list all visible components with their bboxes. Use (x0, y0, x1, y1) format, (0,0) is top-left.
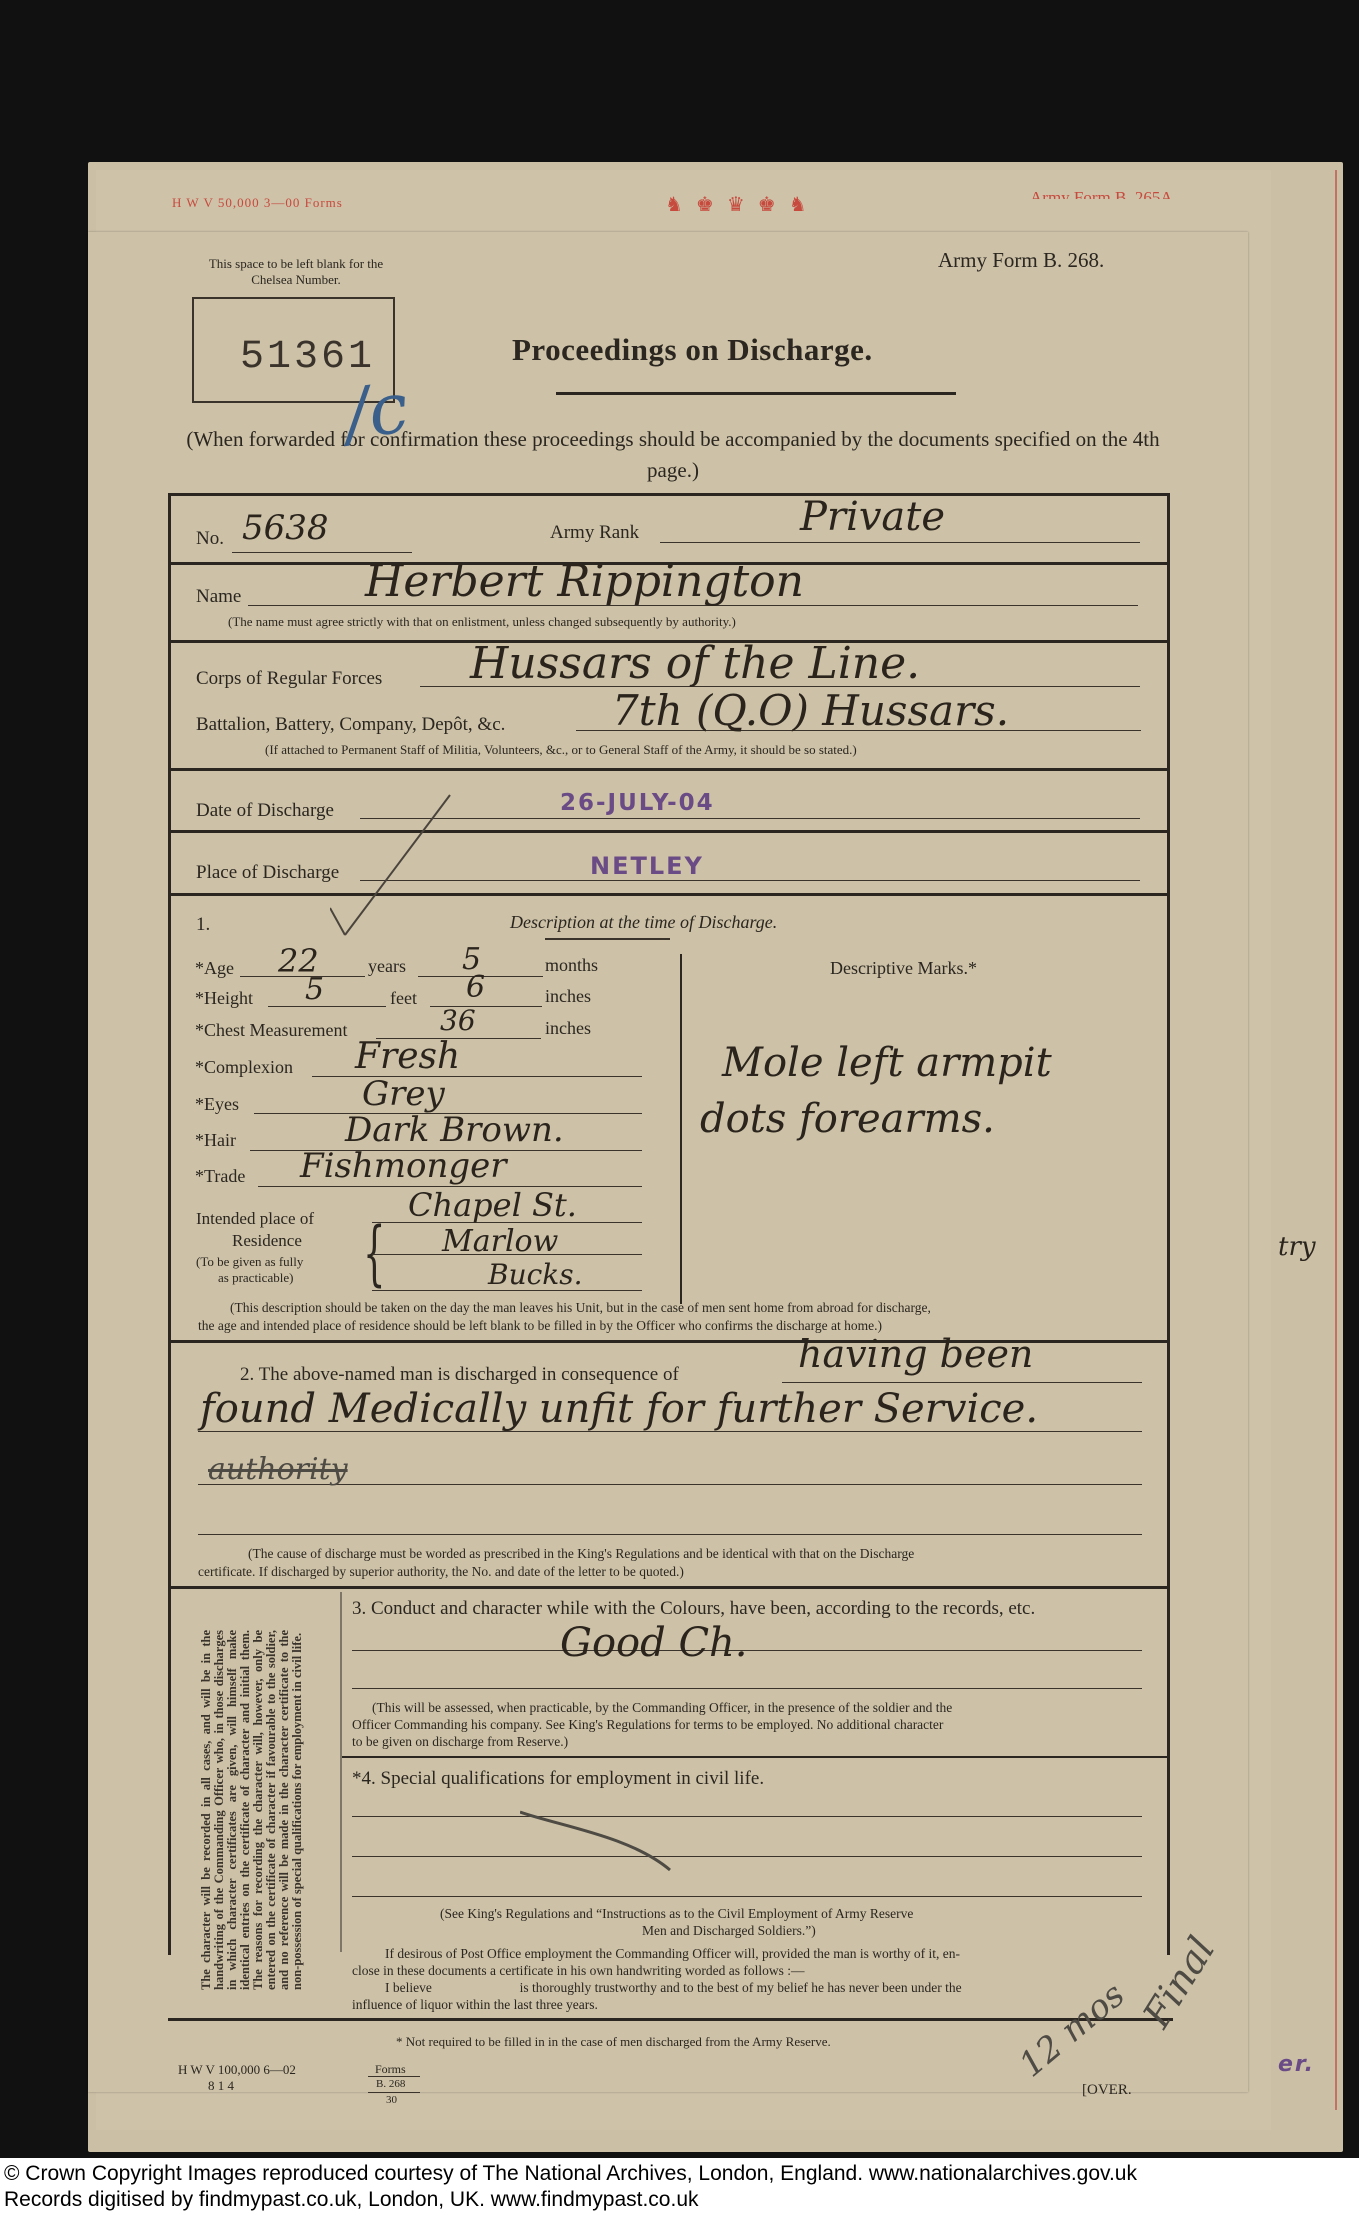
reason-note-1: (The cause of discharge must be worded a… (248, 1546, 914, 1562)
discharge-reason-label: 2. The above-named man is discharged in … (240, 1364, 679, 1386)
conduct-note-1: (This will be assessed, when practicable… (372, 1700, 952, 1716)
conduct-label: 3. Conduct and character while with the … (352, 1598, 1035, 1620)
footnote: * Not required to be filled in in the ca… (396, 2034, 831, 2050)
no-line (232, 552, 412, 553)
service-number: 5638 (242, 508, 329, 548)
reason-text-2: found Medically unfit for further Servic… (200, 1386, 1038, 1432)
column-divider (680, 954, 682, 1304)
residence-town: Marlow (442, 1224, 558, 1259)
brace-icon: { (363, 1218, 385, 1288)
rank-line (660, 542, 1140, 543)
form-qty: 30 (386, 2094, 397, 2106)
forms-rule-2 (368, 2092, 420, 2093)
place-line (360, 880, 1140, 881)
margin-fragment-try: try (1278, 1232, 1316, 1262)
battalion-note: (If attached to Permanent Staff of Milit… (265, 742, 857, 758)
character-side-note: The character will be recorded in all ca… (200, 1630, 350, 1990)
chest-label: *Chest Measurement (195, 1020, 347, 1041)
divider (170, 830, 1170, 833)
conduct-value: Good Ch. (560, 1620, 748, 1666)
trade-label: *Trade (195, 1166, 245, 1187)
corps-label: Corps of Regular Forces (196, 668, 382, 690)
height-label: *Height (195, 988, 253, 1009)
caption-line-2: Records digitised by findmypast.co.uk, L… (4, 2187, 1355, 2213)
qualifications-line-3 (352, 1896, 1142, 1897)
residence-hint: (To be given as fully (196, 1254, 303, 1270)
eyes-value: Grey (362, 1074, 445, 1114)
qualifications-line-2 (352, 1856, 1142, 1857)
form-ref: B. 268 (376, 2078, 405, 2090)
description-note-1: (This description should be taken on the… (230, 1300, 931, 1316)
height-inches-value: 6 (466, 970, 485, 1005)
name-note: (The name must agree strictly with that … (228, 614, 736, 630)
residence-label: Intended place of (196, 1209, 314, 1229)
marks-line-2: dots forearms. (700, 1096, 995, 1142)
soldier-name: Herbert Rippington (365, 556, 804, 607)
corps-value: Hussars of the Line. (470, 638, 920, 689)
conduct-note-2: Officer Commanding his company. See King… (352, 1717, 943, 1733)
see-regulations-note-2: Men and Discharged Soldiers.”) (642, 1923, 816, 1939)
discharge-date-stamp: 26-JULY-04 (560, 790, 715, 816)
hair-value: Dark Brown. (345, 1110, 564, 1150)
blue-pencil-annotation: /c (340, 366, 414, 456)
date-label: Date of Discharge (196, 800, 334, 822)
residence-county: Bucks. (488, 1258, 583, 1291)
reason-line-1 (782, 1382, 1142, 1383)
date-line (360, 818, 1140, 819)
discharge-place-stamp: NETLEY (590, 852, 704, 880)
description-heading: Description at the time of Discharge. (510, 912, 777, 933)
battalion-value: 7th (Q.O) Hussars. (612, 686, 1009, 735)
print-code-bottom: H W V 100,000 6—02 (178, 2062, 296, 2078)
battalion-label: Battalion, Battery, Company, Depôt, &c. (196, 714, 505, 736)
post-office-line-1: If desirous of Post Office employment th… (385, 1946, 960, 1962)
reason-line-4 (198, 1534, 1142, 1535)
height-feet-line (268, 1006, 386, 1007)
marks-line-1: Mole left armpit (722, 1040, 1052, 1086)
place-label: Place of Discharge (196, 862, 339, 884)
forms-label: Forms (375, 2062, 406, 2077)
qualifications-label: *4. Special qualifications for employmen… (352, 1768, 764, 1790)
reason-note-2: certificate. If discharged by superior a… (198, 1564, 684, 1580)
eyes-label: *Eyes (195, 1094, 239, 1115)
marks-heading: Descriptive Marks.* (830, 958, 977, 979)
see-regulations-note-1: (See King's Regulations and “Instruction… (440, 1906, 913, 1922)
top-print-code: H W V 50,000 3—00 Forms (172, 195, 343, 211)
pencil-strike-mark (520, 1808, 680, 1878)
no-label: No. (196, 528, 224, 550)
reason-text-1: having been (798, 1332, 1033, 1376)
divider (170, 893, 1170, 896)
post-office-line-2: close in these documents a certificate i… (352, 1963, 805, 1979)
chest-value: 36 (440, 1004, 476, 1037)
complexion-label: *Complexion (195, 1057, 293, 1078)
forms-rule (368, 2076, 420, 2077)
age-label: *Age (195, 958, 234, 979)
residence-label-2: Residence (232, 1231, 302, 1251)
reason-text-3-struck: authority (208, 1452, 348, 1487)
over-label: [OVER. (1082, 2082, 1132, 2099)
inches-label: inches (545, 986, 591, 1007)
months-label: months (545, 955, 598, 976)
divider (170, 768, 1170, 771)
residence-street: Chapel St. (408, 1186, 577, 1224)
conduct-line-2 (352, 1688, 1142, 1689)
form-number: Army Form B. 268. (938, 248, 1104, 273)
divider (342, 1756, 1170, 1758)
years-label: years (368, 956, 406, 977)
page-title: Proceedings on Discharge. (512, 332, 873, 368)
copyright-caption: © Crown Copyright Images reproduced cour… (0, 2158, 1359, 2216)
margin-fragment-er: er. (1278, 2052, 1315, 2077)
chest-inches-label: inches (545, 1018, 591, 1039)
caption-line-1: © Crown Copyright Images reproduced cour… (4, 2161, 1355, 2187)
rank-label: Army Rank (550, 522, 639, 544)
royal-crest-icon: ♞ ♚ ♛ ♚ ♞ (665, 192, 811, 217)
residence-hint-2: as practicable) (218, 1270, 293, 1286)
chelsea-note: This space to be left blank for the Chel… (196, 256, 396, 288)
divider (170, 1586, 1170, 1589)
form-bottom-rule (168, 2018, 1173, 2021)
conduct-note-3: to be given on discharge from Reserve.) (352, 1734, 568, 1750)
post-office-line-4: influence of liquor within the last thre… (352, 1997, 598, 2013)
qualifications-line-1 (352, 1816, 1142, 1817)
complexion-value: Fresh (355, 1036, 460, 1077)
name-label: Name (196, 586, 241, 608)
feet-label: feet (390, 988, 417, 1009)
trade-value: Fishmonger (300, 1146, 507, 1186)
check-mark-icon (330, 790, 460, 940)
post-office-line-3: I believe is thoroughly trustworthy and … (385, 1980, 962, 1996)
section-1-number: 1. (196, 914, 210, 936)
heading-underline (545, 938, 670, 940)
print-code-bottom-2: 8 1 4 (208, 2078, 234, 2094)
forwarding-note: (When forwarded for confirmation these p… (168, 424, 1178, 486)
red-margin-line (1335, 170, 1337, 2110)
title-underline (556, 392, 956, 395)
description-note-2: the age and intended place of residence … (198, 1318, 882, 1334)
height-feet-value: 5 (305, 972, 324, 1007)
rank-value: Private (800, 494, 945, 540)
hair-label: *Hair (195, 1130, 236, 1151)
